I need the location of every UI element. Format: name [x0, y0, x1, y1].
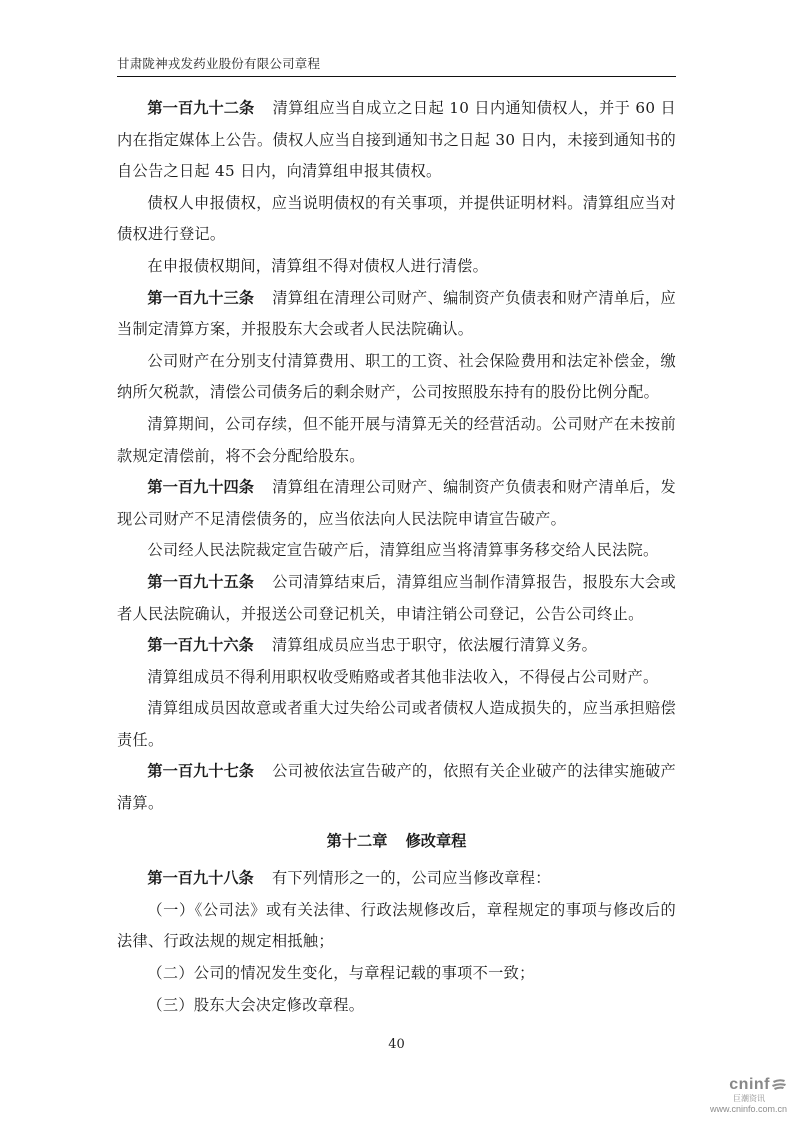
document-title: 甘肃陇神戎发药业股份有限公司章程: [117, 54, 320, 72]
paragraph-text: （一）《公司法》或有关法律、行政法规修改后，章程规定的事项与修改后的法律、行政法…: [117, 901, 676, 951]
cninfo-logo-icon: [771, 1077, 787, 1089]
paragraph: 第一百九十四条清算组在清理公司财产、编制资产负债表和财产清单后，发现公司财产不足…: [117, 472, 676, 535]
paragraph-text: （三）股东大会决定修改章程。: [147, 996, 364, 1014]
paragraph: 第一百九十七条公司被依法宣告破产的，依照有关企业破产的法律实施破产清算。: [117, 756, 676, 819]
chapter-heading: 第十二章修改章程: [117, 826, 676, 858]
cninfo-watermark: cninf 巨潮资讯 www.cninfo.com.cn: [697, 1076, 787, 1114]
paragraph: 在申报债权期间，清算组不得对债权人进行清偿。: [117, 251, 676, 283]
paragraph-text: 清算组成员因故意或者重大过失给公司或者债权人造成损失的，应当承担赔偿责任。: [117, 699, 676, 749]
paragraph: 清算组成员不得利用职权收受贿赂或者其他非法收入，不得侵占公司财产。: [117, 662, 676, 694]
list-item: （三）股东大会决定修改章程。: [117, 990, 676, 1022]
paragraph-text: 在申报债权期间，清算组不得对债权人进行清偿。: [147, 257, 488, 275]
article-number: 第一百九十三条: [147, 289, 254, 307]
list-item: （一）《公司法》或有关法律、行政法规修改后，章程规定的事项与修改后的法律、行政法…: [117, 895, 676, 958]
paragraph: 第一百九十六条清算组成员应当忠于职守，依法履行清算义务。: [117, 630, 676, 662]
paragraph-text: 有下列情形之一的，公司应当修改章程：: [272, 869, 551, 887]
paragraph: 第一百九十八条有下列情形之一的，公司应当修改章程：: [117, 863, 676, 895]
chapter-number: 第十二章: [327, 832, 388, 850]
article-number: 第一百九十四条: [147, 478, 254, 496]
paragraph-text: 公司经人民法院裁定宣告破产后，清算组应当将清算事务移交给人民法院。: [147, 541, 658, 559]
article-number: 第一百九十二条: [147, 99, 254, 117]
paragraph: 第一百九十二条清算组应当自成立之日起 10 日内通知债权人，并于 60 日内在指…: [117, 93, 676, 188]
paragraph: 债权人申报债权，应当说明债权的有关事项，并提供证明材料。清算组应当对债权进行登记…: [117, 188, 676, 251]
paragraph: 第一百九十三条清算组在清理公司财产、编制资产负债表和财产清单后，应当制定清算方案…: [117, 283, 676, 346]
logo-chinese: 巨潮资讯: [697, 1094, 765, 1104]
paragraph-text: 清算组成员不得利用职权收受贿赂或者其他非法收入，不得侵占公司财产。: [147, 668, 658, 686]
chapter-title: 修改章程: [406, 832, 467, 850]
paragraph-text: 清算期间，公司存续，但不能开展与清算无关的经营活动。公司财产在未按前款规定清偿前…: [117, 415, 676, 465]
paragraph-text: 债权人申报债权，应当说明债权的有关事项，并提供证明材料。清算组应当对债权进行登记…: [117, 194, 676, 244]
logo-wordmark: cninf: [729, 1076, 770, 1093]
article-number: 第一百九十八条: [147, 869, 253, 887]
article-number: 第一百九十七条: [147, 762, 254, 780]
logo-url: www.cninfo.com.cn: [697, 1104, 787, 1114]
paragraph: 公司财产在分别支付清算费用、职工的工资、社会保险费用和法定补偿金，缴纳所欠税款，…: [117, 346, 676, 409]
page-number: 40: [0, 1037, 793, 1052]
paragraph: 清算期间，公司存续，但不能开展与清算无关的经营活动。公司财产在未按前款规定清偿前…: [117, 409, 676, 472]
list-item: （二）公司的情况发生变化，与章程记载的事项不一致；: [117, 958, 676, 990]
paragraph-text: 清算组成员应当忠于职守，依法履行清算义务。: [272, 636, 597, 654]
document-body: 第一百九十二条清算组应当自成立之日起 10 日内通知债权人，并于 60 日内在指…: [117, 93, 676, 1021]
paragraph-text: （二）公司的情况发生变化，与章程记载的事项不一致；: [147, 964, 534, 982]
page-header: 甘肃陇神戎发药业股份有限公司章程: [117, 52, 676, 77]
paragraph-text: 公司财产在分别支付清算费用、职工的工资、社会保险费用和法定补偿金，缴纳所欠税款，…: [117, 352, 676, 402]
paragraph: 清算组成员因故意或者重大过失给公司或者债权人造成损失的，应当承担赔偿责任。: [117, 693, 676, 756]
paragraph: 公司经人民法院裁定宣告破产后，清算组应当将清算事务移交给人民法院。: [117, 535, 676, 567]
article-number: 第一百九十六条: [147, 636, 253, 654]
paragraph: 第一百九十五条公司清算结束后，清算组应当制作清算报告，报股东大会或者人民法院确认…: [117, 567, 676, 630]
article-number: 第一百九十五条: [147, 573, 254, 591]
